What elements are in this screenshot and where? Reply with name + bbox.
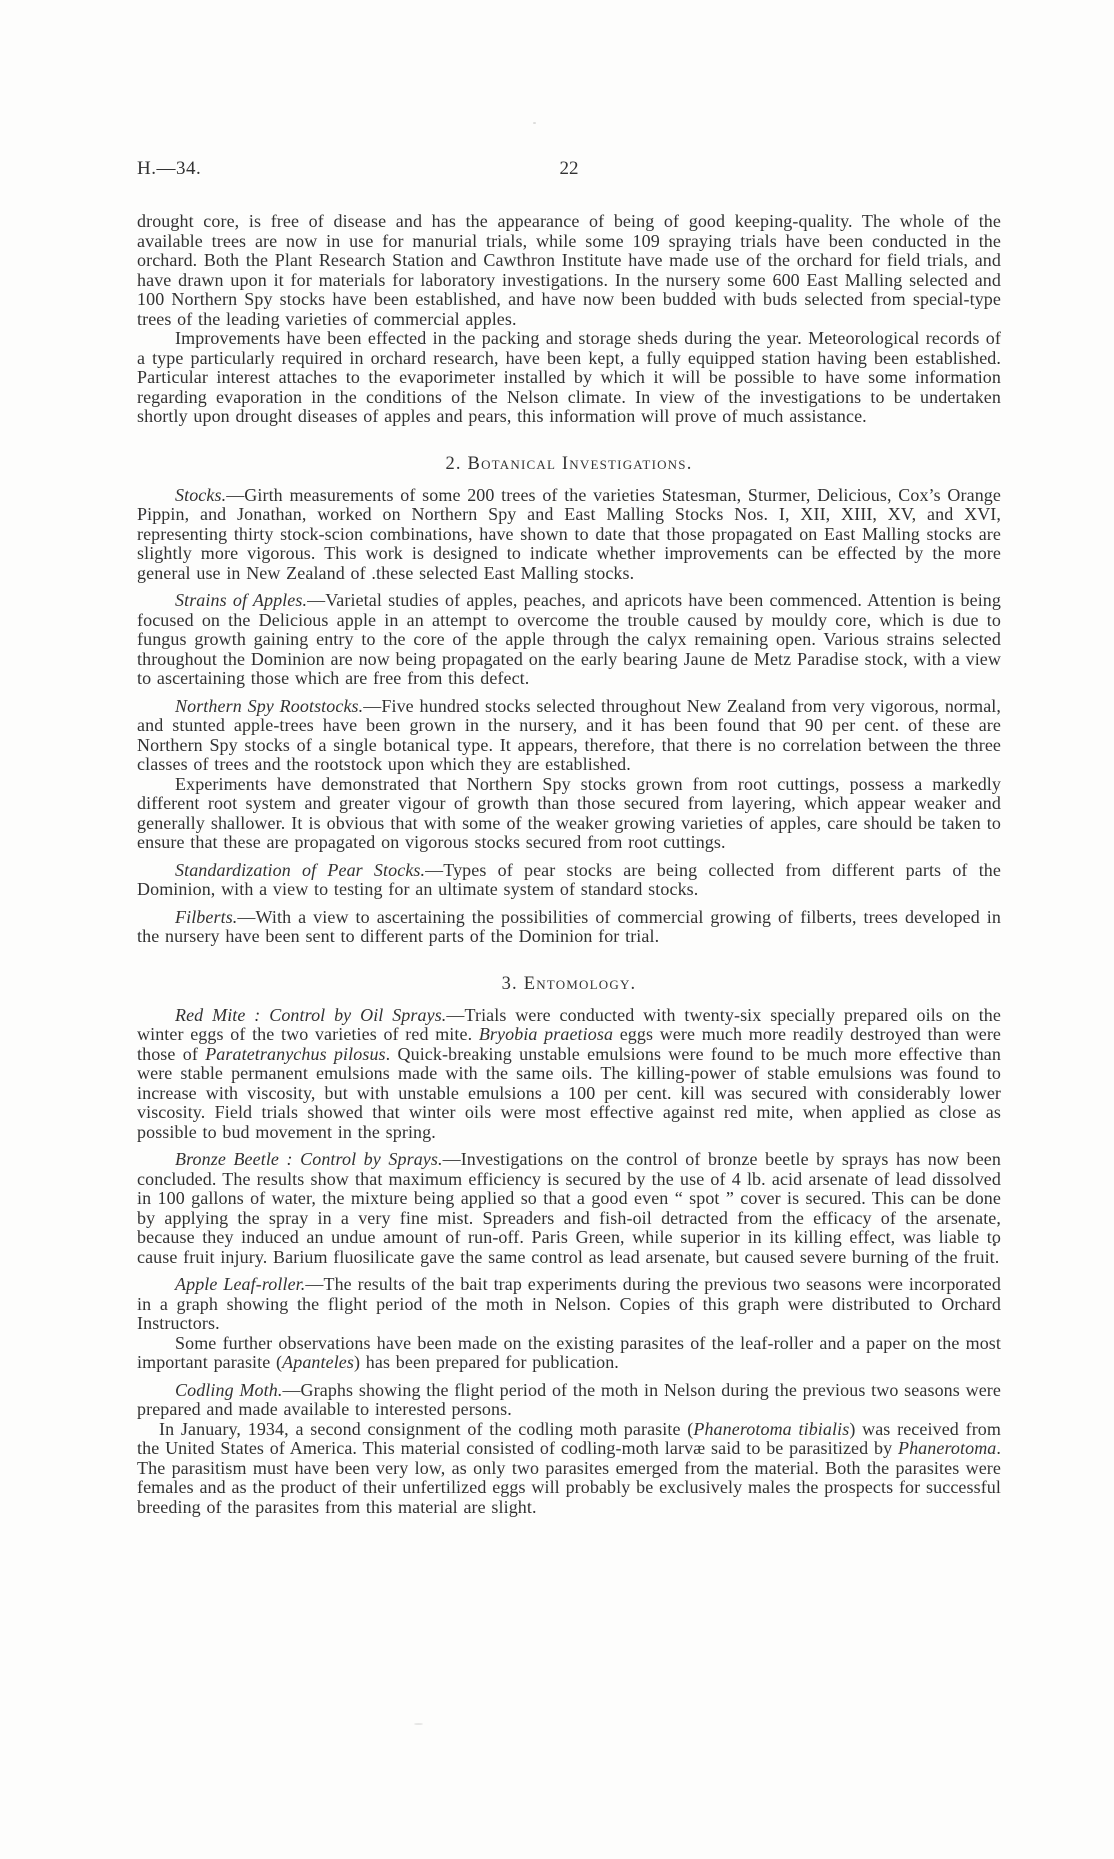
italic-text-segment: Bronze Beetle : Control by Sprays.: [175, 1149, 443, 1169]
section-heading: 2. Botanical Investigations.: [137, 454, 1001, 475]
italic-text-segment: Filberts.: [175, 907, 237, 927]
page-number: 22: [137, 158, 1001, 180]
italic-text-segment: Codling Moth.: [175, 1380, 282, 1400]
paragraph: Northern Spy Rootstocks.—Five hundred st…: [137, 697, 1001, 775]
text-segment: —With a view to ascertaining the possibi…: [137, 907, 1001, 947]
paragraph: Apple Leaf-roller.—The results of the ba…: [137, 1275, 1001, 1334]
text-segment: ) has been prepared for publication.: [354, 1352, 619, 1372]
italic-text-segment: Apanteles: [282, 1352, 354, 1372]
report-body: drought core, is free of disease and has…: [137, 212, 1001, 1517]
paragraph: Strains of Apples.—Varietal studies of a…: [137, 591, 1001, 689]
paragraph: Filberts.—With a view to ascertaining th…: [137, 908, 1001, 947]
paragraph: Bronze Beetle : Control by Sprays.—Inves…: [137, 1150, 1001, 1267]
italic-text-segment: Red Mite : Control by Oil Sprays.: [175, 1005, 446, 1025]
paragraph: In January, 1934, a second consignment o…: [137, 1420, 1001, 1518]
text-segment: —Girth measurements of some 200 trees of…: [137, 485, 1001, 583]
scan-speck: [993, 1243, 996, 1246]
italic-text-segment: Northern Spy Rootstocks.: [175, 696, 363, 716]
paragraph: Experiments have demonstrated that North…: [137, 775, 1001, 853]
running-header: H.—34. 22: [137, 158, 1001, 184]
scan-speck: [533, 122, 536, 124]
section-heading: 3. Entomology.: [137, 974, 1001, 995]
paragraph: Red Mite : Control by Oil Sprays.—Trials…: [137, 1006, 1001, 1143]
text-segment: Improvements have been effected in the p…: [137, 328, 1001, 426]
paragraph: drought core, is free of disease and has…: [137, 212, 1001, 329]
paragraph: Some further observations have been made…: [137, 1334, 1001, 1373]
scan-speck: [414, 1723, 423, 1725]
italic-text-segment: Apple Leaf-roller.: [175, 1274, 305, 1294]
text-segment: In January, 1934, a second consignment o…: [159, 1419, 693, 1439]
italic-text-segment: Stocks.: [175, 485, 226, 505]
scanned-report-page: H.—34. 22 drought core, is free of disea…: [0, 0, 1114, 1859]
text-block: H.—34. 22 drought core, is free of disea…: [137, 158, 1001, 1517]
paragraph: Codling Moth.—Graphs showing the flight …: [137, 1381, 1001, 1420]
italic-text-segment: Bryobia praetiosa: [479, 1024, 613, 1044]
paragraph: Standardization of Pear Stocks.—Types of…: [137, 861, 1001, 900]
italic-text-segment: Phanerotoma tibialis: [693, 1419, 849, 1439]
text-segment: drought core, is free of disease and has…: [137, 211, 1001, 329]
paragraph: Stocks.—Girth measurements of some 200 t…: [137, 486, 1001, 584]
italic-text-segment: Strains of Apples.: [175, 590, 307, 610]
text-segment: Experiments have demonstrated that North…: [137, 774, 1001, 853]
italic-text-segment: Standardization of Pear Stocks.: [175, 860, 425, 880]
italic-text-segment: Phanerotoma: [898, 1438, 996, 1458]
italic-text-segment: Paratetranychus pilosus: [205, 1044, 385, 1064]
paragraph: Improvements have been effected in the p…: [137, 329, 1001, 427]
